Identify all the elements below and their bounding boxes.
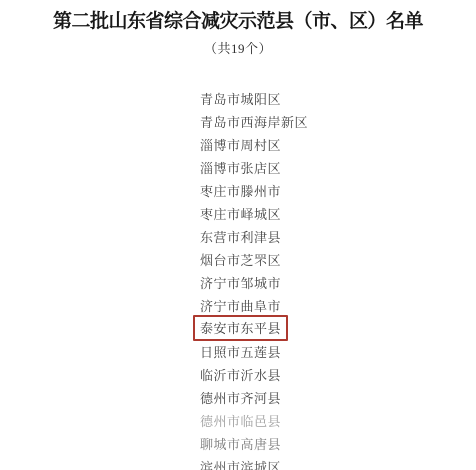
count-note: （共19个）: [0, 38, 476, 57]
list-item: 德州市临邑县: [200, 409, 476, 432]
list-item: 枣庄市滕州市: [200, 179, 476, 202]
list-item: 临沂市沂水县: [200, 363, 476, 386]
page-title: 第二批山东省综合减灾示范县（市、区）名单: [0, 11, 476, 33]
highlight-box: 泰安市东平县: [193, 315, 288, 341]
list-item: 济宁市邹城市: [200, 271, 476, 294]
list-item-highlighted: 泰安市东平县: [200, 317, 476, 340]
list-item: 东营市利津县: [200, 225, 476, 248]
list-item: 枣庄市峄城区: [200, 202, 476, 225]
list-item: 淄博市周村区: [200, 133, 476, 156]
list-item: 青岛市城阳区: [200, 87, 476, 110]
list-item: 青岛市西海岸新区: [200, 110, 476, 133]
list-item: 济宁市曲阜市: [200, 294, 476, 317]
document-page: 第二批山东省综合减灾示范县（市、区）名单 （共19个） 青岛市城阳区 青岛市西海…: [0, 0, 476, 470]
list-item: 聊城市高唐县: [200, 432, 476, 455]
list-item: 日照市五莲县: [200, 340, 476, 363]
list-item: 烟台市芝罘区: [200, 248, 476, 271]
list-item: 德州市齐河县: [200, 386, 476, 409]
list-item: 滨州市滨城区: [200, 455, 476, 470]
county-list: 青岛市城阳区 青岛市西海岸新区 淄博市周村区 淄博市张店区 枣庄市滕州市 枣庄市…: [200, 87, 476, 470]
list-item: 淄博市张店区: [200, 156, 476, 179]
